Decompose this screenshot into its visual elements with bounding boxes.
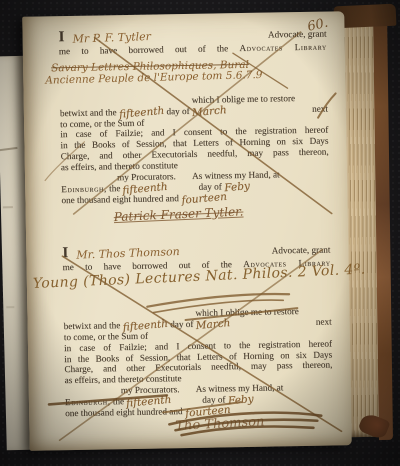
day-of-label: day of <box>166 106 189 116</box>
library-name: Advocates Library <box>239 42 327 54</box>
loan-entry-tytler: I Mr P. F. Tytler Advocate, grant me to … <box>59 28 330 221</box>
signed-month: Feby <box>224 181 250 194</box>
ink-show-through-mark <box>3 206 13 208</box>
next-label: next <box>316 316 332 327</box>
year-prefix: one thousand eight hundred and <box>61 193 179 205</box>
day-of-label: day of <box>198 181 221 191</box>
loan-entry-thomson: I Mr. Thos Thomson Advocate, grant me to… <box>62 244 333 433</box>
witness-label: As witness my Hand, at <box>192 169 280 181</box>
advocate-grant-label: Advocate, grant <box>268 29 327 41</box>
betwixt-prefix: betwixt and the <box>60 107 117 118</box>
the-label: the <box>113 396 124 406</box>
edinburgh-label: Edinburgh, <box>65 397 111 408</box>
procurators-label: my Procurators. <box>117 171 176 182</box>
edinburgh-label: Edinburgh, <box>61 183 107 194</box>
return-month: March <box>192 105 228 119</box>
advocate-grant-label: Advocate, grant <box>272 245 331 257</box>
year-prefix: one thousand eight hundred and <box>65 406 183 418</box>
the-label: the <box>109 183 120 193</box>
form-initial: I <box>62 248 68 259</box>
ink-show-through-mark <box>0 147 17 151</box>
form-initial: I <box>59 32 65 43</box>
witness-label: As witness my Hand, at <box>196 383 284 395</box>
next-label: next <box>312 103 328 114</box>
ink-show-through-mark <box>6 306 14 308</box>
borrower-signature: Patrick Fraser Tytler. <box>114 202 330 222</box>
day-of-label: day of <box>170 319 193 329</box>
signed-year: fourteen <box>181 192 227 207</box>
register-page: 60. I Mr P. F. Tytler Advocate, grant me… <box>22 11 352 451</box>
signed-month: Feby <box>227 394 253 407</box>
betwixt-prefix: betwixt and the <box>64 320 121 331</box>
